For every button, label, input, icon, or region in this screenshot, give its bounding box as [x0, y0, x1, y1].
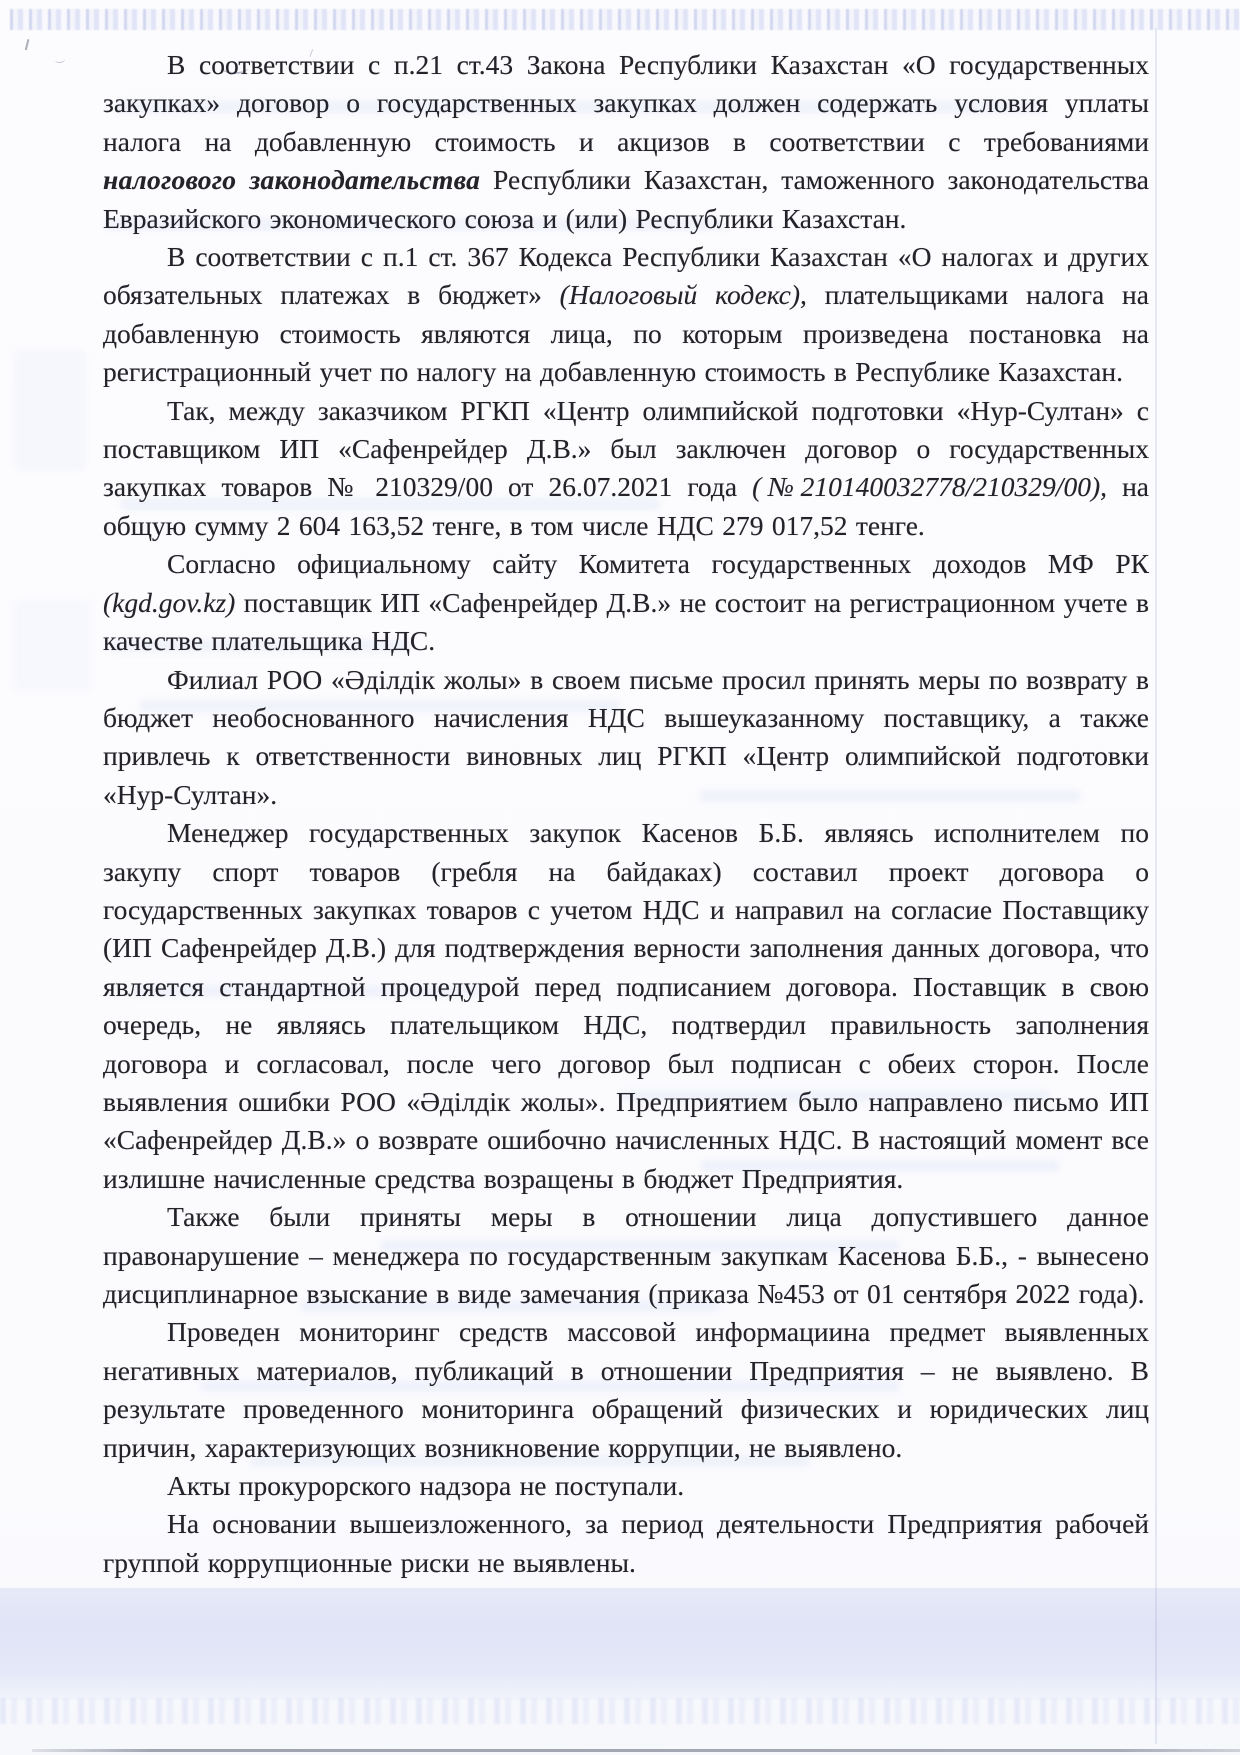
- text-run: поставщик ИП «Сафенрейдер Д.В.» не состо…: [103, 587, 1149, 656]
- paragraph-prosecutor-acts: Акты прокурорского надзора не поступали.: [103, 1467, 1149, 1505]
- paragraph-kgd-registration: Согласно официальному сайту Комитета гос…: [103, 545, 1149, 660]
- scan-noise-top-strip: [10, 9, 1240, 30]
- bleedthrough-smudge: [15, 350, 85, 470]
- text-run-italic: (kgd.gov.kz): [103, 587, 235, 618]
- text-run-italic: (№210140032778/210329/00),: [752, 471, 1107, 502]
- text-run: Согласно официальному сайту Комитета гос…: [167, 548, 1149, 579]
- page-bottom-edge: [32, 1749, 1240, 1752]
- text-run-italic: (Налоговый кодекс),: [560, 279, 807, 310]
- text-run: В соответствии с п.21 ст.43 Закона Респу…: [103, 49, 1149, 157]
- paragraph-tax-code: В соответствии с п.1 ст. 367 Кодекса Рес…: [103, 238, 1149, 392]
- paragraph-conclusion: На основании вышеизложенного, за период …: [103, 1505, 1149, 1582]
- scanned-document-page: В соответствии с п.21 ст.43 Закона Респу…: [0, 0, 1240, 1755]
- scan-noise-bottom-strip: [0, 1698, 1240, 1724]
- paragraph-law-procurement: В соответствии с п.21 ст.43 Закона Респу…: [103, 46, 1149, 238]
- text-run: Филиал РОО «Әділдік жолы» в своем письме…: [103, 664, 1149, 810]
- text-run: Проведен мониторинг средств массовой инф…: [103, 1316, 1149, 1462]
- paragraph-manager-explanation: Менеджер государственных закупок Касенов…: [103, 814, 1149, 1198]
- pencil-stray-mark: [55, 55, 66, 63]
- paragraph-roo-letter: Филиал РОО «Әділдік жолы» в своем письме…: [103, 661, 1149, 815]
- scan-fold-line: [1155, 28, 1157, 1744]
- text-run: Акты прокурорского надзора не поступали.: [167, 1470, 684, 1501]
- text-run-emphasis: налогового законодательства: [103, 164, 480, 195]
- document-body: В соответствии с п.21 ст.43 Закона Респу…: [103, 46, 1149, 1582]
- paragraph-contract-details: Так, между заказчиком РГКП «Центр олимпи…: [103, 392, 1149, 546]
- bleedthrough-smudge: [15, 600, 90, 690]
- text-run: На основании вышеизложенного, за период …: [103, 1508, 1149, 1577]
- paragraph-media-monitoring: Проведен мониторинг средств массовой инф…: [103, 1313, 1149, 1467]
- paragraph-disciplinary-measures: Также были приняты меры в отношении лица…: [103, 1198, 1149, 1313]
- text-run: Также были приняты меры в отношении лица…: [103, 1201, 1149, 1309]
- scan-bleedthrough-bottom-band: [0, 1588, 1240, 1700]
- pencil-stray-mark: [25, 39, 36, 52]
- text-run: Менеджер государственных закупок Касенов…: [103, 817, 1149, 1194]
